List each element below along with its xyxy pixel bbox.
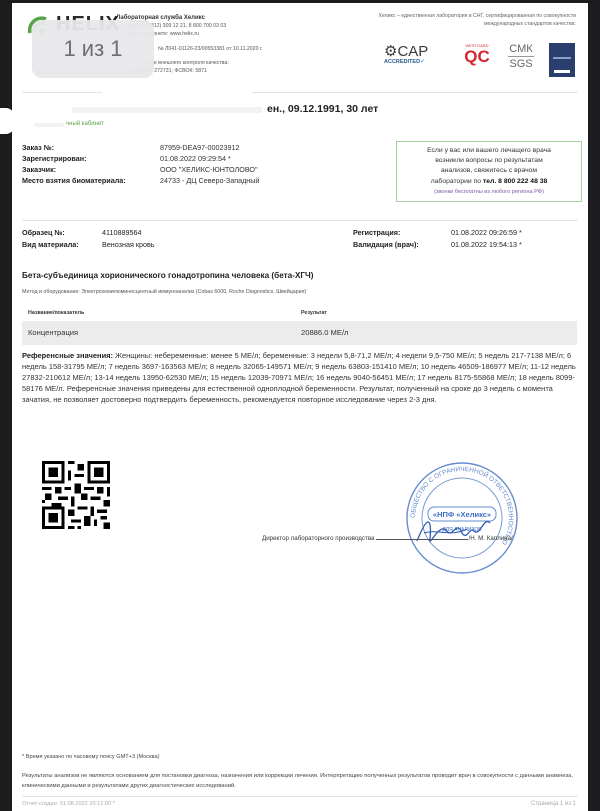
sample-number-value: 4110889564 — [102, 228, 141, 237]
test-method: Метод и оборудование: Электрохемилюминес… — [22, 289, 306, 295]
customer-row: Заказчик:ООО "ХЕЛИКС-ЮНТОЛОВО" — [22, 164, 258, 175]
director-name: /Н. М. Каплина/ — [469, 535, 513, 542]
personal-cabinet-link[interactable]: чный кабинет — [66, 121, 104, 127]
contact-box: Если у вас или вашего лечащего врача воз… — [396, 141, 582, 202]
registered-row: Зарегистрирован:01.08.2022 09:29:54 * — [22, 153, 231, 164]
material-label: Вид материала: — [22, 240, 102, 249]
contact-line-1: Если у вас или вашего лечащего врача — [399, 146, 579, 156]
cap-accredited-logo: ⚙CAP ACCREDITED✓ — [384, 45, 448, 71]
qr-code[interactable] — [42, 461, 110, 529]
timezone-note: * Время указано по часовому поясу GMT+3 … — [22, 754, 159, 760]
contact-line-4: лаборатории по тел. 8 800 222 48 38 — [399, 177, 579, 187]
certification-note: Хеликс – единственная лаборатория в СНГ,… — [376, 13, 576, 28]
contact-phone[interactable]: тел. 8 800 222 48 38 — [483, 178, 547, 185]
registered-value: 01.08.2022 09:29:54 * — [160, 154, 231, 163]
registered-label: Зарегистрирован: — [22, 153, 160, 164]
sample-number-label: Образец №: — [22, 228, 102, 237]
reference-label: Референсные значения: — [22, 351, 113, 360]
lab-license: № Л041-01126-23/00553381 от 10.11.2020 г… — [158, 45, 263, 53]
smk-sgs-logo: СМК SGS — [506, 43, 536, 70]
registration-row: Регистрация:01.08.2022 09:26:59 * — [353, 228, 522, 237]
test-title: Бета-субъединица хорионического гонадотр… — [22, 271, 314, 280]
registration-value: 01.08.2022 09:26:59 * — [451, 228, 522, 237]
contact-line-2: возникли вопросы по результатам — [399, 156, 579, 166]
validation-row: Валидация (врач):01.08.2022 19:54:13 * — [353, 240, 522, 249]
validation-value: 01.08.2022 19:54:13 * — [451, 240, 522, 249]
result-value: 20886.0 МЕ/л — [301, 328, 349, 337]
reference-values: Референсные значения: Женщины: неберемен… — [22, 350, 578, 405]
column-header-name: Название/показатель — [28, 310, 84, 316]
result-name: Концентрация — [28, 328, 78, 337]
contact-prefix: лаборатории по — [431, 178, 483, 185]
global-group-badge — [549, 43, 575, 77]
disclaimer: Результаты анализов не являются основани… — [22, 771, 578, 791]
customer-value: ООО "ХЕЛИКС-ЮНТОЛОВО" — [160, 165, 258, 174]
sample-number-row: Образец №:4110889564 — [22, 228, 141, 237]
header-divider-right — [252, 92, 578, 93]
collection-site-label: Место взятия биоматериала: — [22, 175, 160, 186]
signature-line — [376, 539, 468, 540]
collection-site-value: 24733 - ДЦ Северо-Западный — [160, 176, 259, 185]
contact-free-note: (звонки бесплатны из любого региона РФ) — [399, 187, 579, 197]
table-row: Концентрация 20886.0 МЕ/л — [22, 321, 577, 345]
validation-label: Валидация (врач): — [353, 240, 451, 249]
order-number-value: 87959-DEA97-00023912 — [160, 143, 240, 152]
page-number: Страница 1 из 1 — [531, 801, 576, 807]
footer-divider — [22, 796, 578, 797]
director-label: Директор лабораторного производства — [262, 535, 375, 542]
westgard-qc-logo: WESTGARD QC — [457, 43, 497, 66]
collection-site-row: Место взятия биоматериала:24733 - ДЦ Сев… — [22, 175, 259, 186]
signature-icon — [412, 511, 502, 556]
order-number-label: Заказ №: — [22, 142, 160, 153]
contact-line-3: анализов, свяжитесь с врачом — [399, 166, 579, 176]
section-divider — [22, 220, 578, 221]
material-row: Вид материала:Венозная кровь — [22, 240, 155, 249]
registration-label: Регистрация: — [353, 228, 451, 237]
column-header-result: Результат — [301, 310, 327, 316]
page-indicator: 1 из 1 — [32, 20, 154, 78]
order-number-row: Заказ №:87959-DEA97-00023912 — [22, 142, 240, 153]
customer-label: Заказчик: — [22, 164, 160, 175]
material-value: Венозная кровь — [102, 240, 155, 249]
header-divider-left — [22, 92, 102, 93]
redacted-patient-name — [72, 107, 262, 113]
document-page: HELIX Лабораторная служба Хеликс центр: … — [12, 3, 588, 811]
patient-info: ен., 09.12.1991, 30 лет — [267, 103, 378, 115]
director-signature-line: Директор лабораторного производства/Н. М… — [262, 535, 513, 542]
report-created: Отчет создан: 01.08.2022 20:12:00 * — [22, 801, 115, 807]
redacted-cabinet-prefix — [34, 123, 64, 127]
